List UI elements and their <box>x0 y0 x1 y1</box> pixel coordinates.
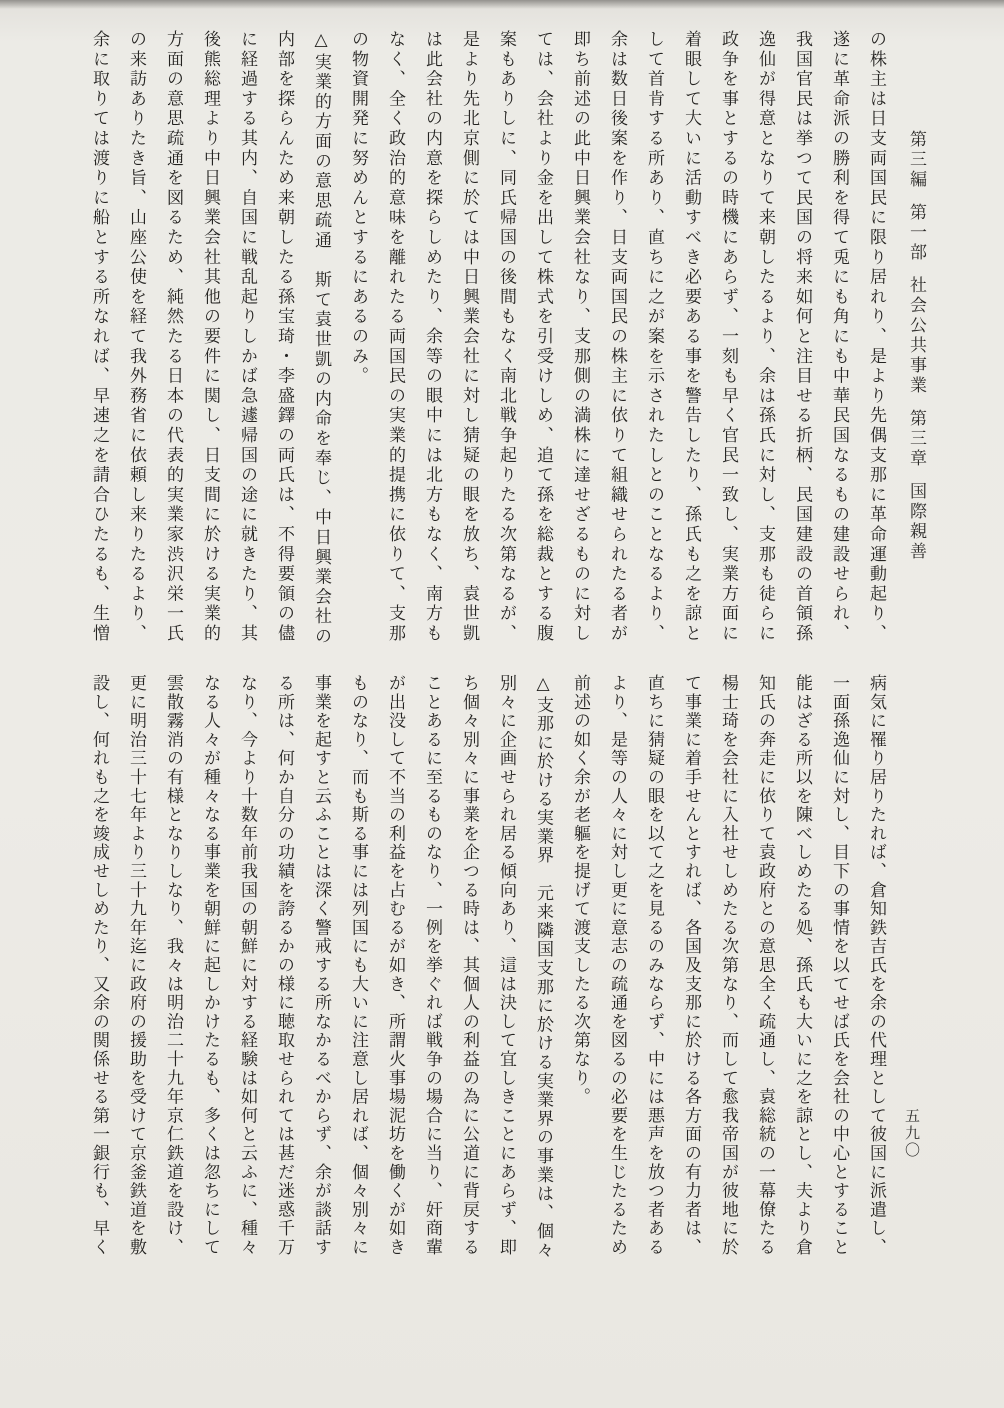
text-column: 設し、何れも之を竣成せしめたり、又余の関係せる第一銀行も、早く <box>80 674 117 1266</box>
text-column: は此会社の内意を探らしめたり、余等の眼中には北方もなく、南方も <box>413 30 450 654</box>
text-column: 余に取りては渡りに船とする所なれば、早速之を請合ひたるも、生憎 <box>80 30 117 654</box>
text-column: 余は数日後案を作り、日支両国民の株主に依りて組織せられたる者が <box>598 30 635 654</box>
text-column: △支那に於ける実業界 元来隣国支那に於ける実業界の事業は、個々 <box>524 674 561 1266</box>
text-column: 逸仙が得意となりて来朝したるより、余は孫氏に対し、支那も徒らに <box>746 30 783 654</box>
text-column: 後熊総理より中日興業会社其他の要件に関し、日支間に於ける実業的 <box>191 30 228 654</box>
text-column: る所は、何か自分の功績を誇るかの様に聴取せられては甚だ迷惑千万 <box>265 674 302 1266</box>
text-column: 病気に罹り居りたれば、倉知鉄吉氏を余の代理として彼国に派遣し、 <box>857 674 894 1266</box>
text-column: 即ち前述の此中日興業会社なり、支那側の満株に達せざるものに対し <box>561 30 598 654</box>
text-column: 是より先北京側に於ては中日興業会社に対し猜疑の眼を放ち、袁世凱 <box>450 30 487 654</box>
text-column: なり、今より十数年前我国の朝鮮に対する経験は如何と云ふに、種々 <box>228 674 265 1266</box>
text-column: て事業に着手せんとすれば、各国及支那に於ける各方面の有力者は、 <box>672 674 709 1266</box>
text-column: 雲散霧消の有様となりしなり、我々は明治二十九年京仁鉄道を設け、 <box>154 674 191 1266</box>
text-column: 案もありしに、同氏帰国の後間もなく南北戦争起りたる次第なるが、 <box>487 30 524 654</box>
text-column: 事業を起すと云ふことは深く警戒する所なかるべからず、余が談話す <box>302 674 339 1266</box>
text-column: 前述の如く余が老軀を提げて渡支したる次第なり。 <box>561 674 598 1266</box>
text-column: の物資開発に努めんとするにあるのみ。 <box>339 30 376 654</box>
running-head-part: 第一部 <box>906 203 926 263</box>
text-column: 別々に企画せられ居る傾向あり、這は決して宜しきことにあらず、即 <box>487 674 524 1266</box>
text-column: 能はざる所以を陳べしめたる処、孫氏も大いに之を諒とし、夫より倉 <box>783 674 820 1266</box>
scan-edge-shadow <box>0 0 1004 9</box>
running-head: 第三編第一部社会公共事業第三章国際親善 <box>904 130 929 562</box>
text-column: 方面の意思疏通を図るため、純然たる日本の代表的実業家渋沢栄一氏 <box>154 30 191 654</box>
text-column: ものなり、而も斯る事には列国にも大いに注意し居れば、個々別々に <box>339 674 376 1266</box>
text-column: の来訪ありたき旨、山座公使を経て我外務省に依頼し来りたるより、 <box>117 30 154 654</box>
text-column: 楊士琦を会社に入社せしめたる次第なり、而して愈我帝国が彼地に於 <box>709 674 746 1266</box>
text-column: 更に明治三十七年より三十九年迄に政府の援助を受けて京釜鉄道を敷 <box>117 674 154 1266</box>
text-column: ち個々別々に事業を企つる時は、其個人の利益の為に公道に背戻する <box>450 674 487 1266</box>
text-column: の株主は日支両国民に限り居れり、是より先偶支那に革命運動起り、 <box>857 30 894 654</box>
running-head-part: 第三編 <box>906 130 926 190</box>
text-column: 直ちに猜疑の眼を以て之を見るのみならず、中には悪声を放つ者ある <box>635 674 672 1266</box>
text-column: 着眼して大いに活動すべき必要ある事を警告したり、孫氏も之を諒と <box>672 30 709 654</box>
text-column: 一面孫逸仙に対し、目下の事情を以てせば氏を会社の中心とすること <box>820 674 857 1266</box>
running-head-part: 国際親善 <box>906 482 926 562</box>
text-column: 内部を探らんため来朝したる孫宝琦・李盛鐸の両氏は、不得要領の儘 <box>265 30 302 654</box>
text-column: △実業的方面の意思疏通 斯て袁世凱の内命を奉じ、中日興業会社の <box>302 30 339 654</box>
text-column: ては、会社より金を出して株式を引受けしめ、追て孫を総裁とする腹 <box>524 30 561 654</box>
text-column: 政争を事とするの時機にあらず、一刻も早く官民一致し、実業方面に <box>709 30 746 654</box>
running-head-part: 社会公共事業 <box>906 276 926 396</box>
text-column: に経過する其内、自国に戦乱起りしかば急遽帰国の途に就きたり、其 <box>228 30 265 654</box>
text-column: 我国官民は挙つて民国の将来如何と注目せる折柄、民国建設の首領孫 <box>783 30 820 654</box>
text-block-top: の株主は日支両国民に限り居れり、是より先偶支那に革命運動起り、遂に革命派の勝利を… <box>80 30 894 654</box>
book-page-scan: 第三編第一部社会公共事業第三章国際親善 五九〇 の株主は日支両国民に限り居れり、… <box>0 0 1004 1408</box>
text-column: 知氏の奔走に依りて袁政府との意思全く疏通し、袁総統の一幕僚たる <box>746 674 783 1266</box>
text-block-bottom: 病気に罹り居りたれば、倉知鉄吉氏を余の代理として彼国に派遣し、一面孫逸仙に対し、… <box>80 674 894 1266</box>
text-column: 遂に革命派の勝利を得て兎にも角にも中華民国なるもの建設せられ、 <box>820 30 857 654</box>
text-column: なる人々が種々なる事業を朝鮮に起しかけたるも、多くは忽ちにして <box>191 674 228 1266</box>
text-column: ことあるに至るものなり、一例を挙ぐれば戦争の場合に当り、奸商輩 <box>413 674 450 1266</box>
text-column: して首肯する所あり、直ちに之が案を示されたしとのことなるより、 <box>635 30 672 654</box>
text-column: なく、全く政治的意味を離れたる両国民の実業的提携に依りて、支那 <box>376 30 413 654</box>
running-head-part: 第三章 <box>906 409 926 469</box>
page-number: 五九〇 <box>902 1108 923 1159</box>
text-column: が出没して不当の利益を占むるが如き、所謂火事場泥坊を働くが如き <box>376 674 413 1266</box>
text-column: より、是等の人々に対し更に意志の疏通を図るの必要を生じたるため <box>598 674 635 1266</box>
